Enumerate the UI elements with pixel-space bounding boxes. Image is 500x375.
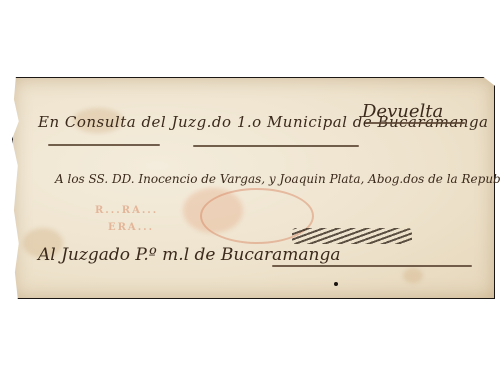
- red-text-stamp-line1: R...RA...: [95, 205, 158, 216]
- addressee-line: A los SS. DD. Inocencio de Vargas, y Joa…: [55, 172, 500, 186]
- crossed-out-signature: [292, 228, 412, 244]
- destination-line: Al Juzgado P.º m.l de Bucaramanga: [38, 245, 340, 265]
- paper-hole: [334, 282, 338, 286]
- underline-stroke: [48, 144, 160, 146]
- annotation-underline: [365, 122, 465, 124]
- devuelta-annotation: Devuelta: [362, 101, 443, 122]
- red-text-stamp-line2: ERA...: [108, 222, 154, 233]
- underline-stroke: [193, 145, 359, 147]
- destination-underline: [272, 265, 472, 267]
- paper-stain: [403, 268, 423, 283]
